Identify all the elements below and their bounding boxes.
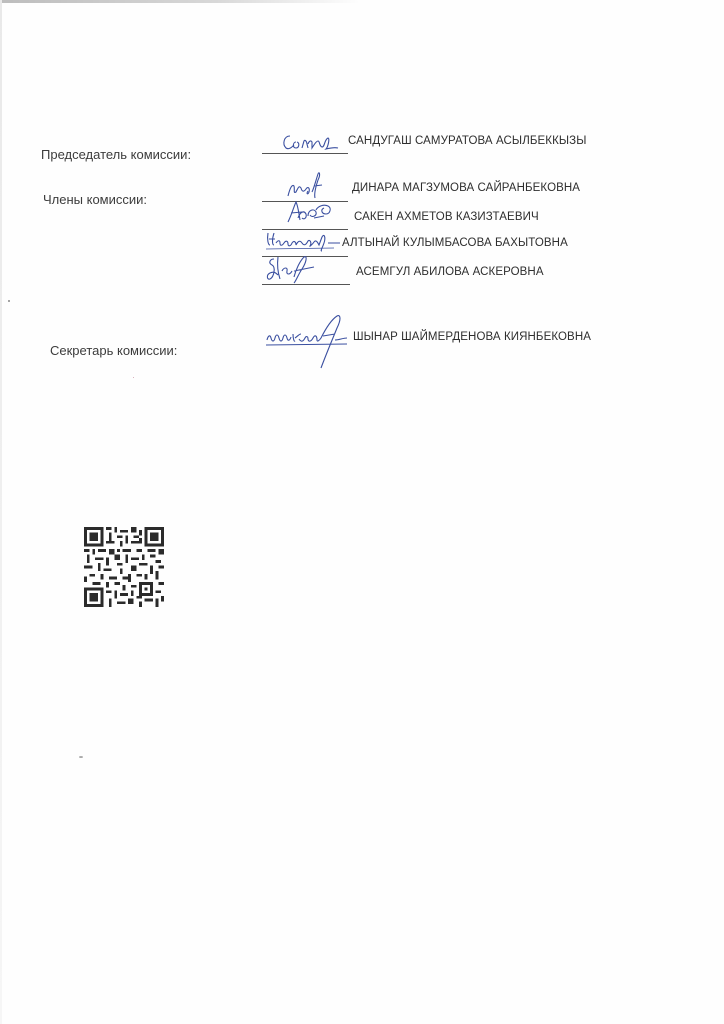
- chairman-signature-row: САНДУГАШ САМУРАТОВА АСЫЛБЕККЫЗЫ: [262, 130, 602, 154]
- member-2-signature: [284, 198, 344, 226]
- chairman-name: САНДУГАШ САМУРАТОВА АСЫЛБЕККЫЗЫ: [348, 135, 586, 147]
- member-name: АЛТЫНАЙ КУЛЫМБАСОВА БАХЫТОВНА: [342, 237, 568, 249]
- secretary-name: ШЫНАР ШАЙМЕРДЕНОВА КИЯНБЕКОВНА: [353, 331, 591, 343]
- scan-edge-left-artifact: [0, 0, 2, 1024]
- member-signature-row: АСЕМГУЛ АБИЛОВА АСКЕРОВНА: [262, 261, 602, 285]
- secretary-label: Секретарь комиссии:: [50, 343, 177, 358]
- scan-speck: [79, 756, 83, 758]
- member-signature-row: САКЕН АХМЕТОВ КАЗИЗТАЕВИЧ: [262, 206, 602, 230]
- scan-edge-artifact: [0, 0, 360, 3]
- member-4-signature: [264, 253, 324, 285]
- qr-code-icon: [84, 527, 164, 607]
- chairman-label: Председатель комиссии:: [41, 147, 191, 162]
- member-1-signature: [284, 170, 334, 200]
- secretary-signature: [265, 312, 355, 376]
- member-3-signature: [264, 229, 354, 255]
- members-label: Члены комиссии:: [43, 192, 147, 207]
- member-name: АСЕМГУЛ АБИЛОВА АСКЕРОВНА: [356, 266, 544, 278]
- chairman-signature: [280, 130, 350, 154]
- scan-speck: [133, 377, 134, 378]
- secretary-signature-row: ШЫНАР ШАЙМЕРДЕНОВА КИЯНБЕКОВНА: [265, 328, 615, 352]
- member-name: ДИНАРА МАГЗУМОВА САЙРАНБЕКОВНА: [352, 182, 580, 194]
- member-name: САКЕН АХМЕТОВ КАЗИЗТАЕВИЧ: [354, 211, 539, 223]
- scan-speck: [8, 300, 10, 302]
